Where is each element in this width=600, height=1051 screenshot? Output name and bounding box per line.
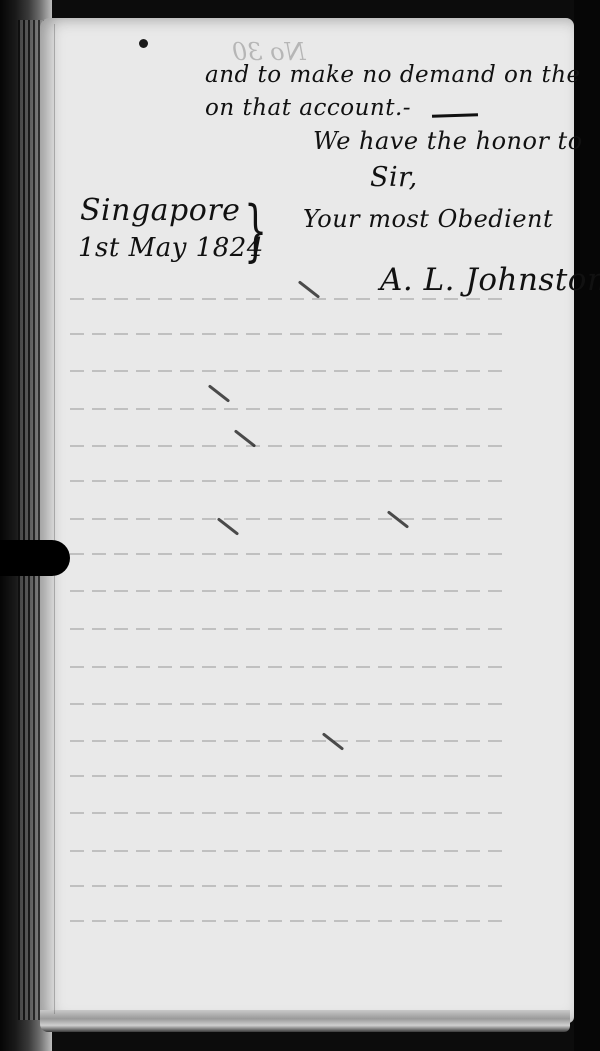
bleed-through-line <box>70 590 510 592</box>
curly-brace: } <box>244 192 267 269</box>
bleed-through-line <box>70 920 510 922</box>
place-name: Singapore <box>80 193 240 228</box>
bleed-through-line <box>70 850 510 852</box>
bleed-through-line <box>70 885 510 887</box>
bleed-through-line <box>70 408 510 410</box>
page-stack-edge <box>40 1010 570 1032</box>
bleed-through-line <box>70 812 510 814</box>
bleed-through-line <box>70 740 510 742</box>
letter-line-1: and to make no demand on the <box>205 62 581 88</box>
signature: A. L. Johnston <box>380 262 600 298</box>
salutation: Sir, <box>370 162 418 193</box>
bleed-through-line <box>70 553 510 555</box>
letter-line-2: on that account.- <box>205 95 411 121</box>
bleed-through-line <box>70 703 510 705</box>
letter-date: 1st May 1824 <box>78 233 264 263</box>
letter-line-3: We have the honor to <box>313 127 583 155</box>
binding-clip <box>0 540 70 576</box>
ink-dot <box>139 39 148 48</box>
bleed-through-line <box>70 333 510 335</box>
manuscript-page <box>40 18 574 1023</box>
bleed-through-line <box>70 480 510 482</box>
bleed-through-line <box>70 298 510 300</box>
bleed-through-line <box>70 370 510 372</box>
scan-border-right <box>574 0 600 1051</box>
bleed-through-line <box>70 666 510 668</box>
bleed-through-line <box>70 518 510 520</box>
closing-phrase: Your most Obedient <box>303 205 553 233</box>
bleed-through-line <box>70 775 510 777</box>
bleed-through-line <box>70 628 510 630</box>
margin-line <box>54 24 55 1014</box>
bleed-through-line <box>70 445 510 447</box>
